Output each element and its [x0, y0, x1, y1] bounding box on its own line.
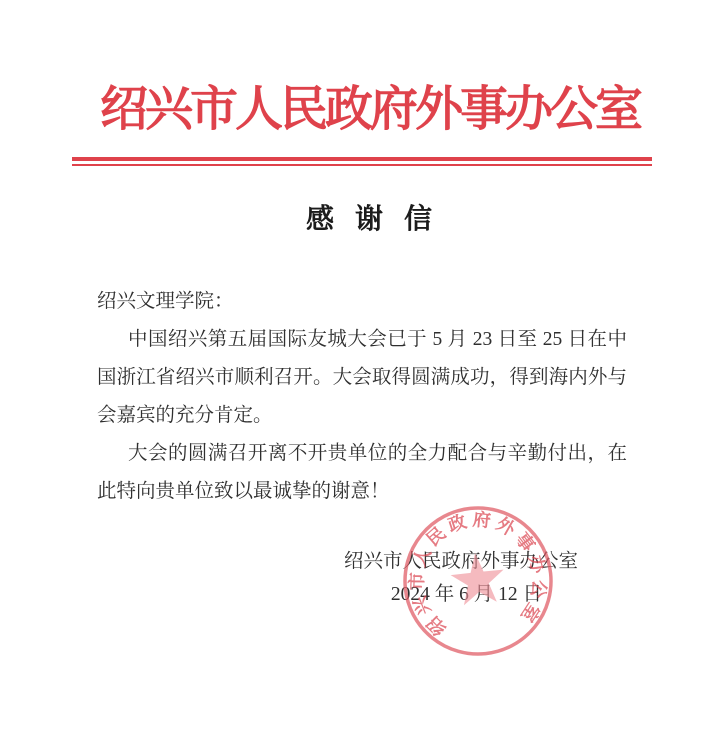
paragraph1-line3: 会嘉宾的充分肯定。	[97, 397, 627, 435]
org-header-title: 绍兴市人民政府外事办公室	[0, 84, 702, 137]
paragraph1-line2: 国浙江省绍兴市顺利召开。大会取得圆满成功，得到海内外与	[97, 359, 627, 397]
header-rule-thin	[72, 164, 652, 166]
header-rule-thick	[72, 157, 652, 161]
paragraph1-line1: 中国绍兴第五届国际友城大会已于 5 月 23 日至 25 日在中	[97, 321, 627, 359]
letter-body: 绍兴文理学院： 中国绍兴第五届国际友城大会已于 5 月 23 日至 25 日在中…	[97, 283, 627, 511]
paragraph2-line1: 大会的圆满召开离不开贵单位的全力配合与辛勤付出，在	[97, 435, 627, 473]
star-icon	[449, 550, 507, 606]
salutation: 绍兴文理学院：	[97, 283, 627, 321]
letter-page: 绍兴市人民政府外事办公室 感谢信 绍兴文理学院： 中国绍兴第五届国际友城大会已于…	[0, 0, 702, 733]
official-seal-stamp: 绍兴市人民政府外事办公室	[388, 491, 568, 671]
letter-title: 感谢信	[306, 205, 453, 236]
